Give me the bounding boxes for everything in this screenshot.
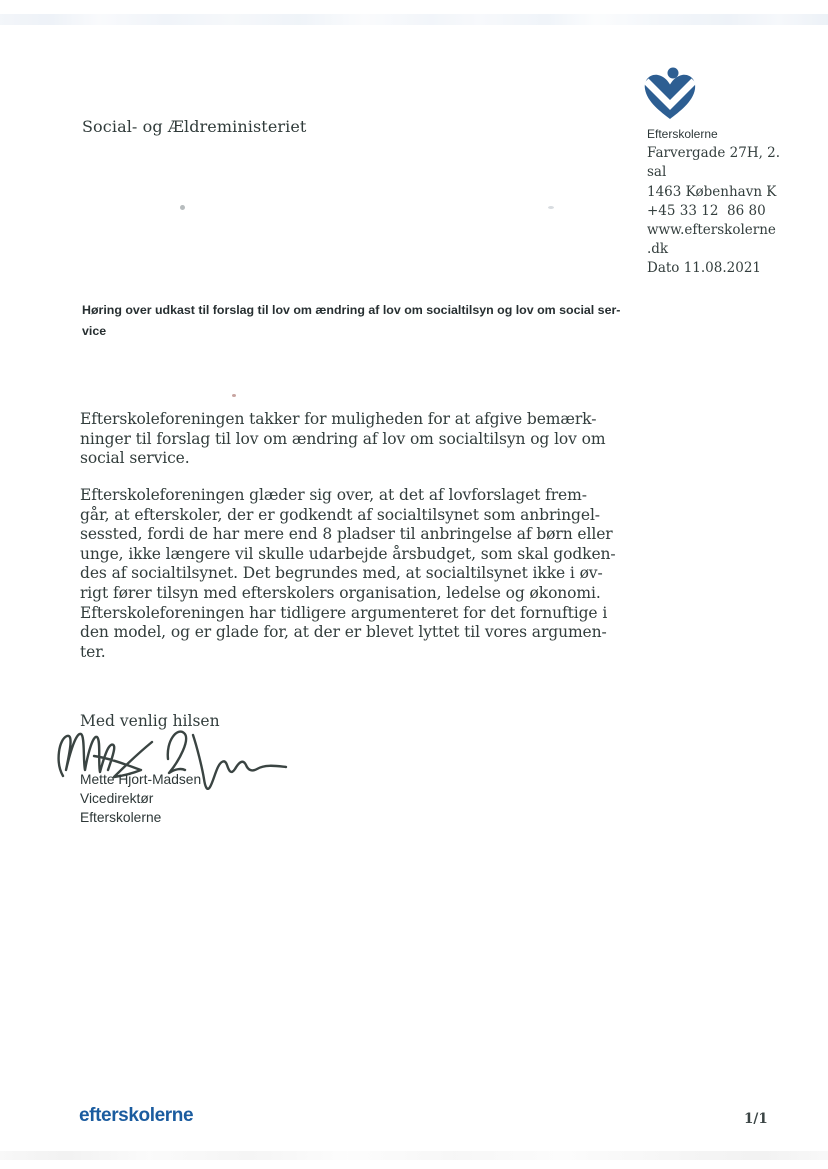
subject-line: Høring over udkast til forslag til lov o… [82,300,627,342]
signer-name: Mette Hjort-Madsen [80,772,201,787]
scan-speck [232,394,236,397]
efterskolerne-heart-logo-icon [641,66,703,124]
sender-city: 1463 København K [647,183,780,202]
scan-artifact-bottom-band [0,1151,828,1160]
recipient-name: Social- og Ældreministeriet [82,117,306,136]
sender-website-line: .dk [647,240,780,259]
scan-speck [180,205,185,210]
signer-organization: Efterskolerne [80,810,161,825]
sender-address-line: sal [647,163,780,182]
body-paragraph: Efterskoleforeningen glæder sig over, at… [80,486,640,662]
sender-address-line: Farvergade 27H, 2. [647,144,780,163]
efterskolerne-wordmark: efterskolerne [79,1105,193,1127]
signer-title: Vicedirektør [80,791,153,806]
letter-date: Dato 11.08.2021 [647,259,780,278]
page-number: 1/1 [744,1111,768,1127]
sender-phone: +45 33 12 86 80 [647,202,780,221]
scan-speck [548,206,554,209]
body-paragraph: Efterskoleforeningen takker for mulighed… [80,410,640,469]
sender-address-block: Efterskolerne Farvergade 27H, 2. sal 146… [647,125,780,279]
sender-website-line: www.efterskolerne [647,221,780,240]
scan-artifact-top-band [0,14,828,25]
sender-org: Efterskolerne [647,125,780,144]
scanned-letter-page: Social- og Ældreministeriet Efterskolern… [0,0,828,1169]
